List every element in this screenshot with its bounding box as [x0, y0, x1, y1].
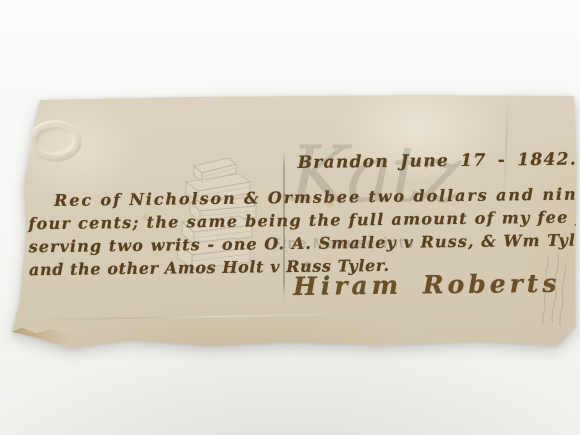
photo-backdrop: Katz Fine Manuscripts Brandon June 17 - … — [0, 0, 580, 435]
body-line-3: serving two writs - one O. A. Smalley v … — [29, 230, 580, 256]
receipt-paper-wrapper: Katz Fine Manuscripts Brandon June 17 - … — [8, 92, 578, 350]
handwritten-text: Brandon June 17 - 1842. Rec of Nicholson… — [7, 86, 580, 351]
body-line-1: Rec of Nicholson & Ormsbee two dollars a… — [54, 184, 580, 210]
signature: Hiram Roberts — [293, 269, 561, 301]
body-line-2: four cents; the same being the full amou… — [28, 207, 580, 233]
dateline: Brandon June 17 - 1842. — [298, 150, 578, 173]
receipt-paper: Katz Fine Manuscripts Brandon June 17 - … — [8, 92, 578, 350]
